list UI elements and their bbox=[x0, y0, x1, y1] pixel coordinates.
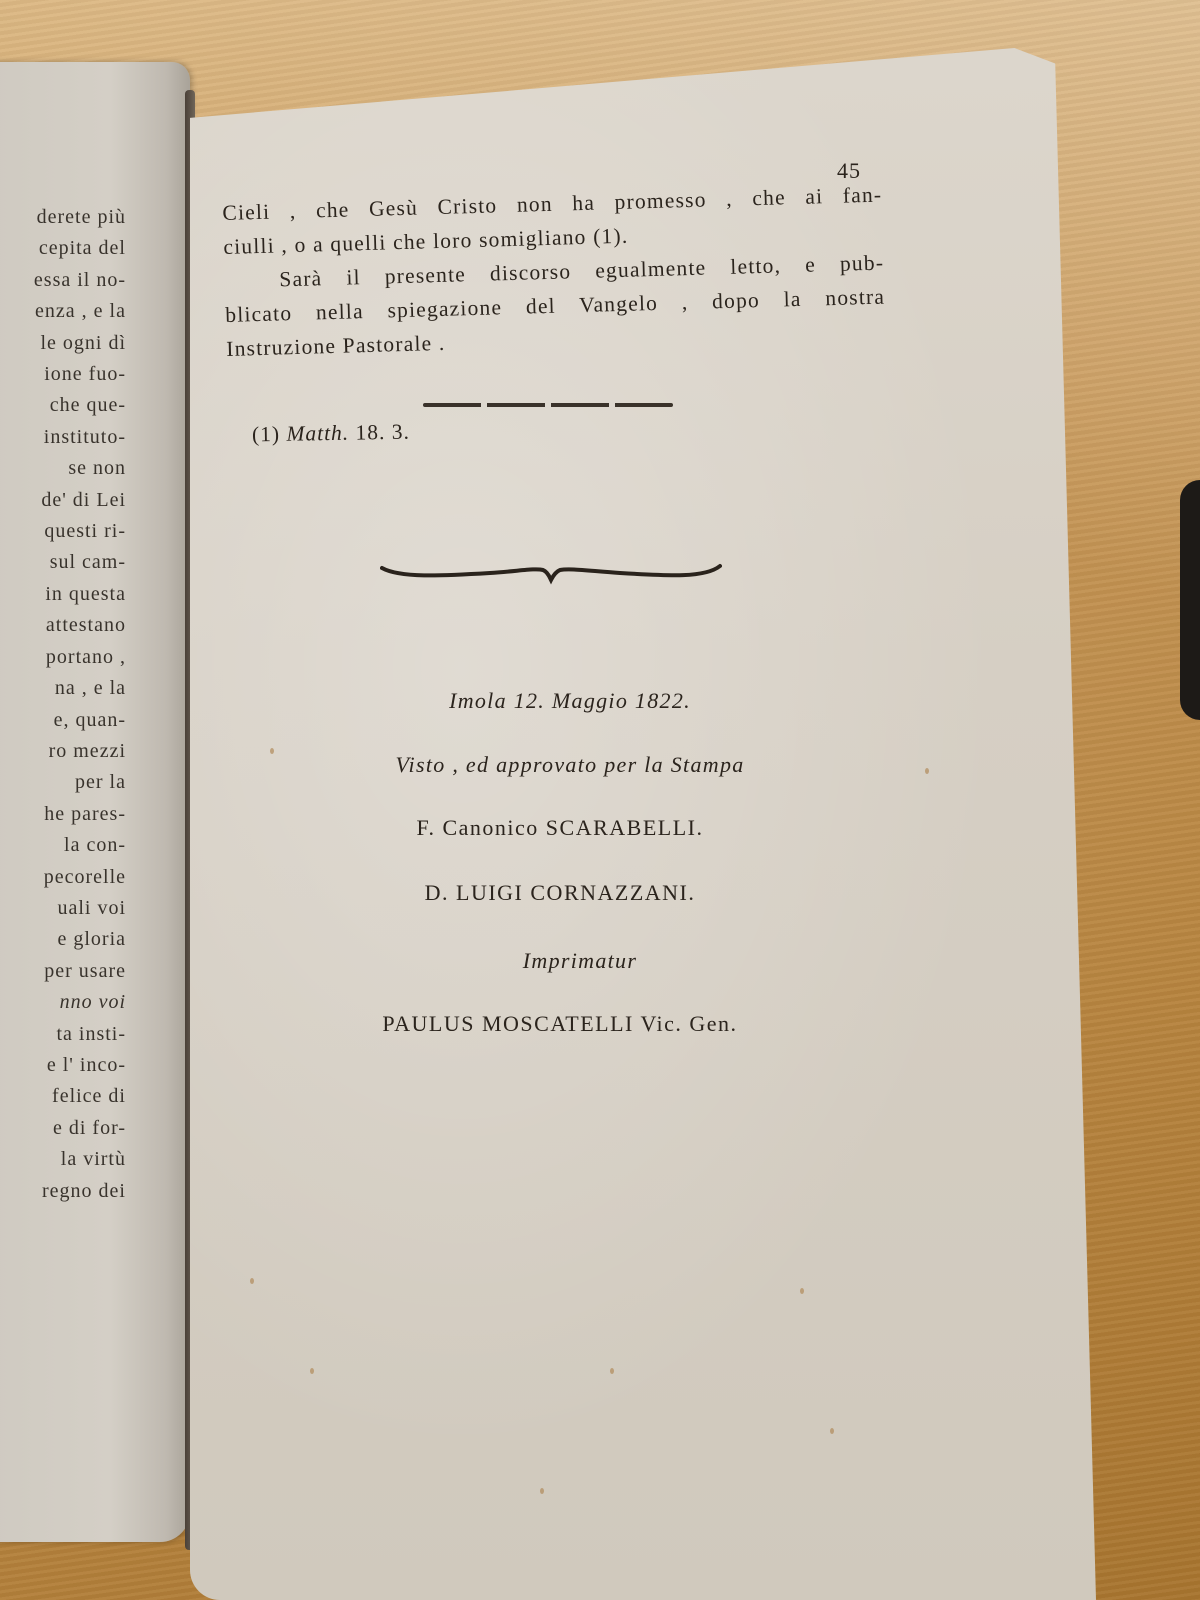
left-line: cepita del bbox=[0, 233, 126, 264]
left-line: nno voi bbox=[0, 987, 126, 1018]
left-line: de' di Lei bbox=[0, 485, 126, 516]
imprint-approval: Visto , ed approvato per la Stampa bbox=[210, 752, 930, 778]
left-line: ione fuo- bbox=[0, 359, 126, 390]
left-line: na , e la bbox=[0, 673, 126, 704]
imprint-date: Imola 12. Maggio 1822. bbox=[210, 688, 930, 714]
left-line: le ogni dì bbox=[0, 328, 126, 359]
body-text: Cieli , che Gesù Cristo non ha promesso … bbox=[222, 178, 886, 366]
left-line: la con- bbox=[0, 830, 126, 861]
left-line: sul cam- bbox=[0, 547, 126, 578]
left-line: questi ri- bbox=[0, 516, 126, 547]
left-page-text: derete più cepita del essa il no- enza ,… bbox=[0, 202, 126, 1207]
left-line: portano , bbox=[0, 642, 126, 673]
left-line: derete più bbox=[0, 202, 126, 233]
right-page: 45 Cieli , che Gesù Cristo non ha promes… bbox=[190, 48, 1096, 1600]
left-page: derete più cepita del essa il no- enza ,… bbox=[0, 62, 190, 1542]
footnote-marker: (1) bbox=[252, 422, 280, 446]
left-line: enza , e la bbox=[0, 296, 126, 327]
brace-ornament-icon bbox=[380, 556, 722, 586]
left-line: e di for- bbox=[0, 1113, 126, 1144]
left-line: instituto- bbox=[0, 422, 126, 453]
left-line: se non bbox=[0, 453, 126, 484]
left-line: he pares- bbox=[0, 799, 126, 830]
left-line: attestano bbox=[0, 610, 126, 641]
footnote-reference-book: Matth. bbox=[286, 421, 349, 446]
imprimatur-label: Imprimatur bbox=[220, 948, 940, 974]
censor-cornazzani: D. LUIGI CORNAZZANI. bbox=[200, 880, 920, 906]
censor-scarabelli: F. Canonico SCARABELLI. bbox=[200, 815, 920, 841]
left-line: e gloria bbox=[0, 924, 126, 955]
footnote-reference-verse: 18. 3. bbox=[355, 420, 410, 445]
left-line: uali voi bbox=[0, 893, 126, 924]
left-line: la virtù bbox=[0, 1144, 126, 1175]
left-line: essa il no- bbox=[0, 265, 126, 296]
left-line: e l' inco- bbox=[0, 1050, 126, 1081]
left-line: pecorelle bbox=[0, 862, 126, 893]
left-line: ta insti- bbox=[0, 1019, 126, 1050]
left-line: regno dei bbox=[0, 1176, 126, 1207]
left-line: in questa bbox=[0, 579, 126, 610]
left-line: che que- bbox=[0, 390, 126, 421]
page-content: 45 Cieli , che Gesù Cristo non ha promes… bbox=[190, 48, 1096, 1600]
footnote: (1) Matth. 18. 3. bbox=[252, 420, 410, 448]
footnote-separator-rule bbox=[423, 403, 673, 407]
left-line: per usare bbox=[0, 956, 126, 987]
left-line: e, quan- bbox=[0, 705, 126, 736]
vicar-general-moscatelli: PAULUS MOSCATELLI Vic. Gen. bbox=[200, 1011, 920, 1037]
dark-object-edge bbox=[1180, 480, 1200, 720]
left-line: per la bbox=[0, 767, 126, 798]
left-line: felice di bbox=[0, 1081, 126, 1112]
left-line: ro mezzi bbox=[0, 736, 126, 767]
